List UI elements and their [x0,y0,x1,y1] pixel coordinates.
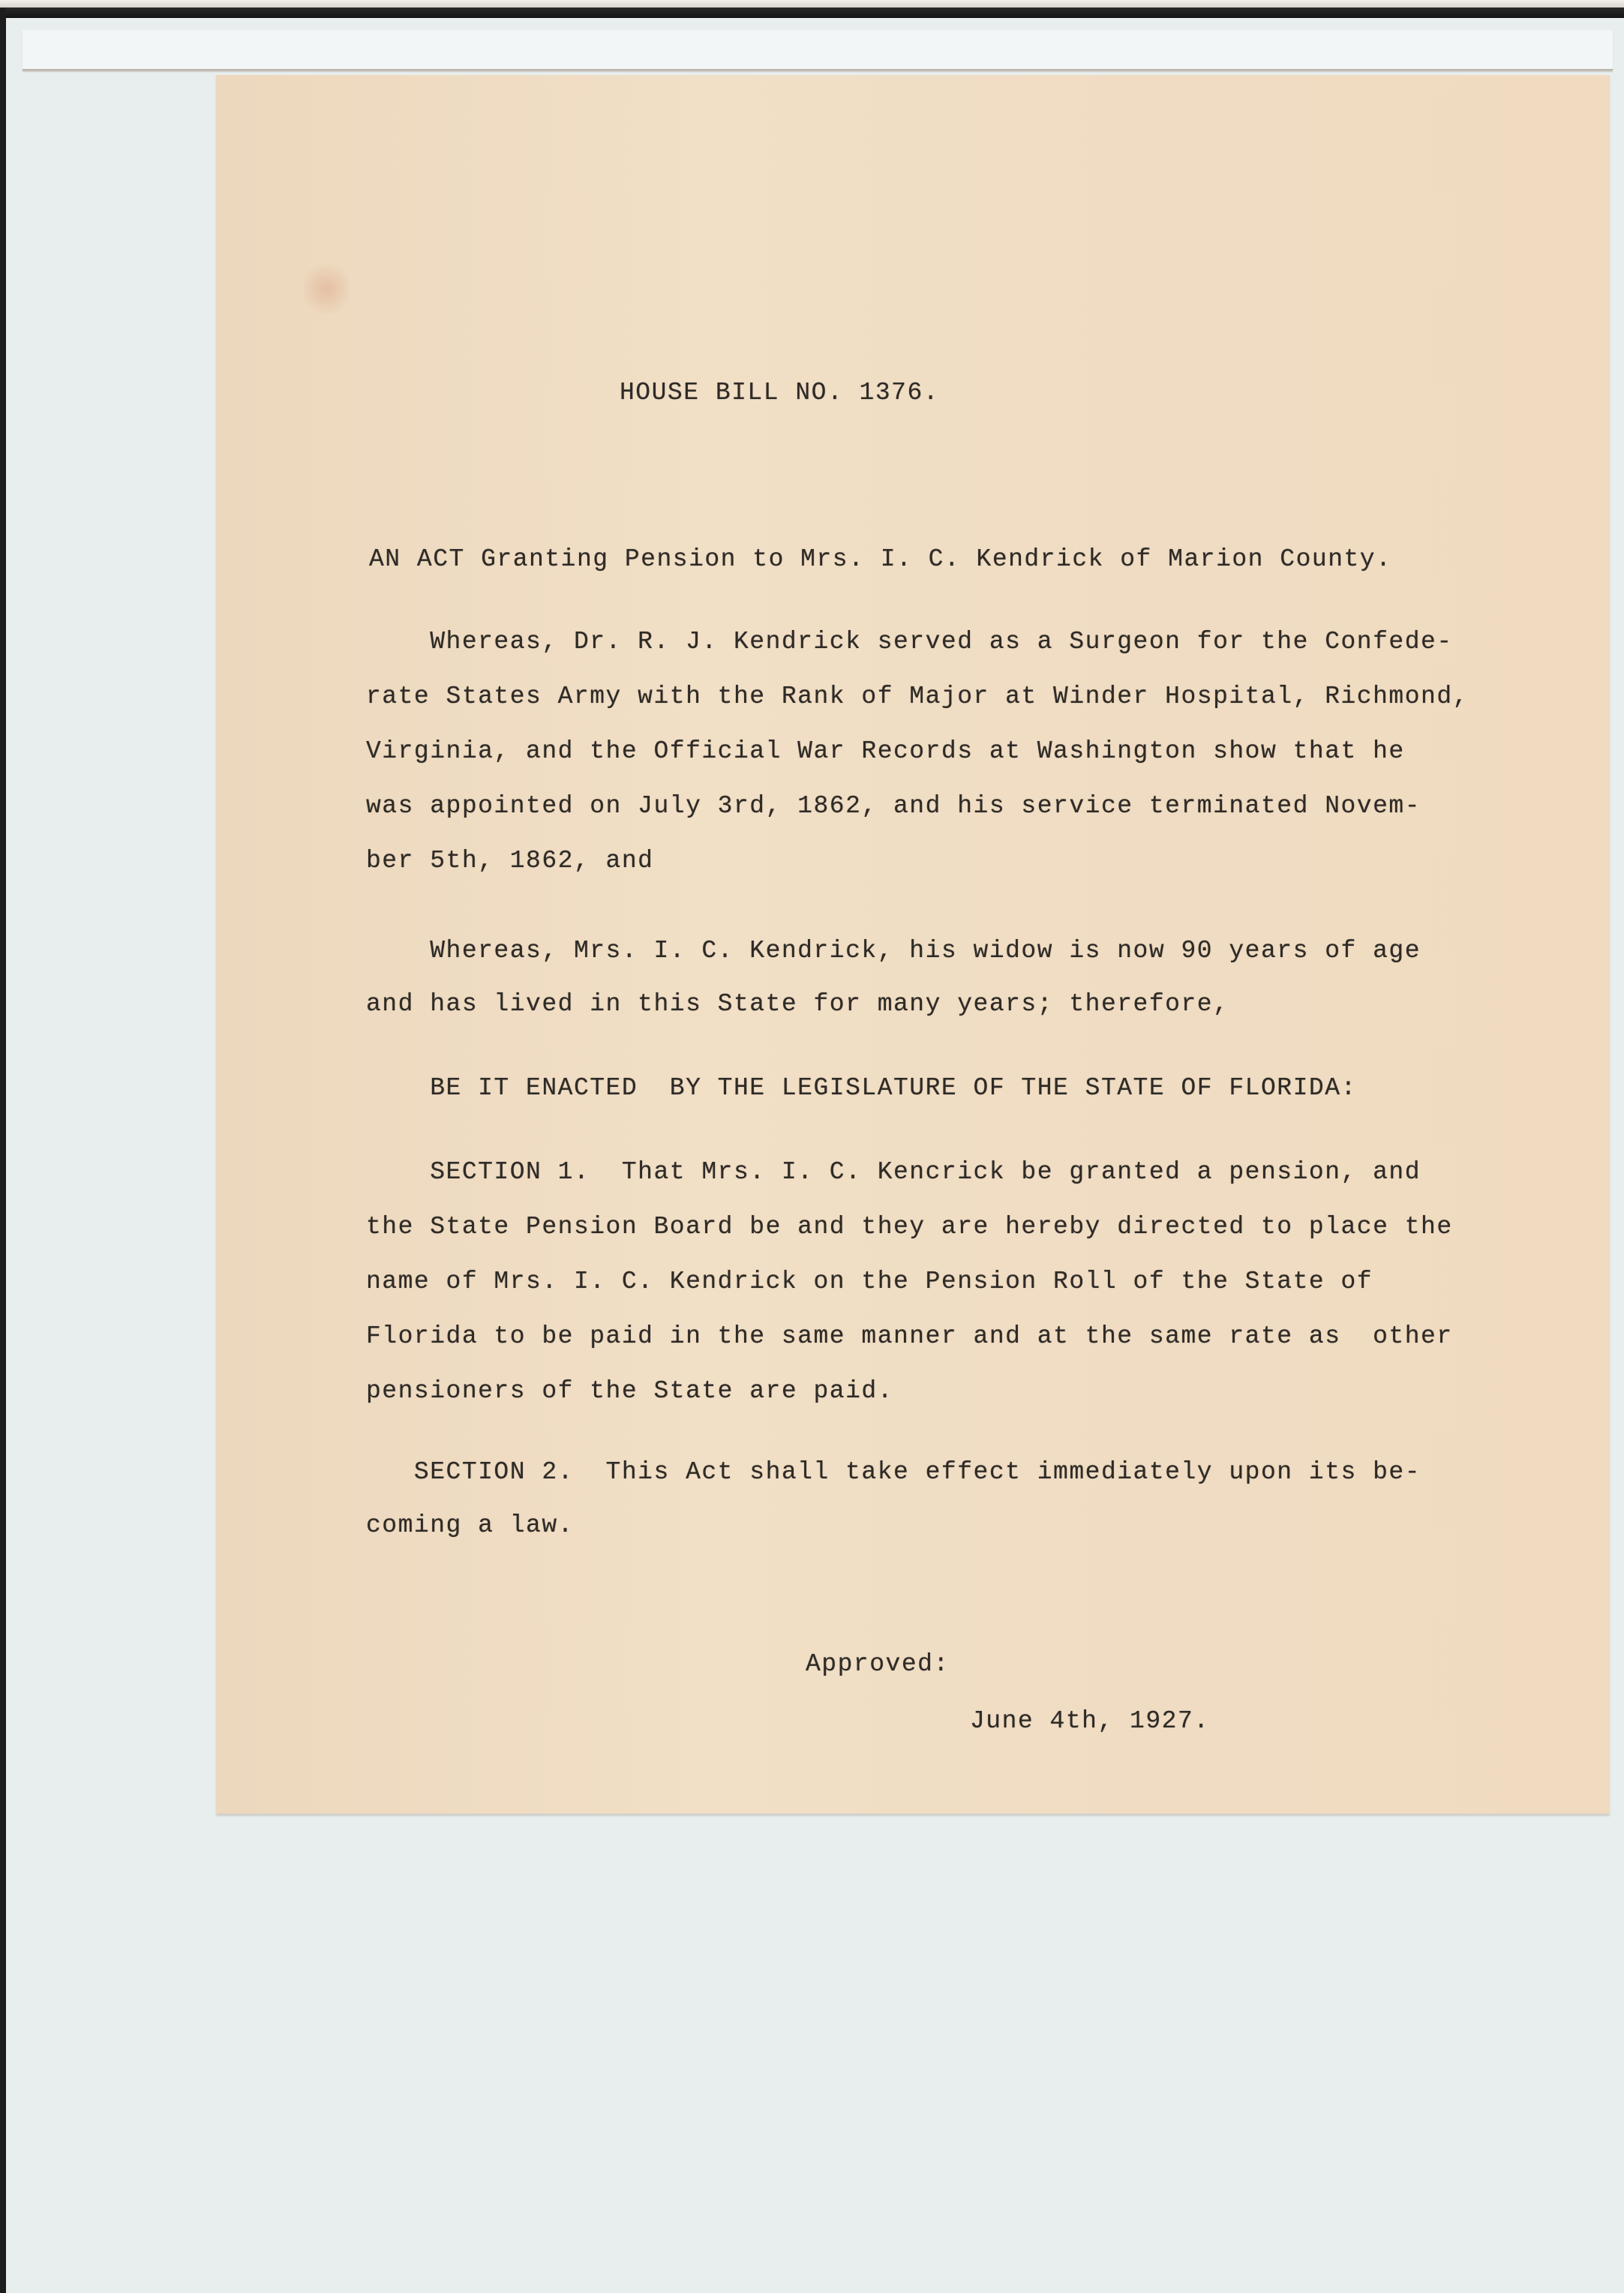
whereas-1-line-4: was appointed on July 3rd, 1862, and his… [366,792,1421,820]
act-title: AN ACT Granting Pension to Mrs. I. C. Ke… [369,545,1391,573]
whereas-1-line-3: Virginia, and the Official War Records a… [366,737,1405,765]
scan-top-strip [0,0,1624,8]
section-1-line-3: name of Mrs. I. C. Kendrick on the Pensi… [366,1268,1373,1295]
section-1-line-5: pensioners of the State are paid. [366,1377,893,1405]
enacting-clause: BE IT ENACTED BY THE LEGISLATURE OF THE … [366,1074,1357,1102]
section-1-line-4: Florida to be paid in the same manner an… [366,1322,1453,1350]
whereas-1-line-2: rate States Army with the Rank of Major … [366,683,1469,710]
whereas-2-line-1: Whereas, Mrs. I. C. Kendrick, his widow … [366,937,1421,965]
section-1-line-2: the State Pension Board be and they are … [366,1213,1453,1241]
section-2-line-1: SECTION 2. This Act shall take effect im… [366,1458,1421,1486]
scanner-edge [0,8,1624,18]
whereas-1-line-5: ber 5th, 1862, and [366,847,653,875]
section-1-line-1: SECTION 1. That Mrs. I. C. Kencrick be g… [366,1158,1421,1186]
paper-stain [304,259,349,319]
approved-date: June 4th, 1927. [970,1707,1210,1735]
whereas-2-line-2: and has lived in this State for many yea… [366,990,1229,1018]
approved-label: Approved: [806,1650,950,1678]
scanner-left-edge [0,8,6,2293]
bill-heading: HOUSE BILL NO. 1376. [620,379,939,407]
mount-flap [23,30,1613,71]
section-2-line-2: coming a law. [366,1511,574,1539]
whereas-1-line-1: Whereas, Dr. R. J. Kendrick served as a … [366,628,1453,656]
